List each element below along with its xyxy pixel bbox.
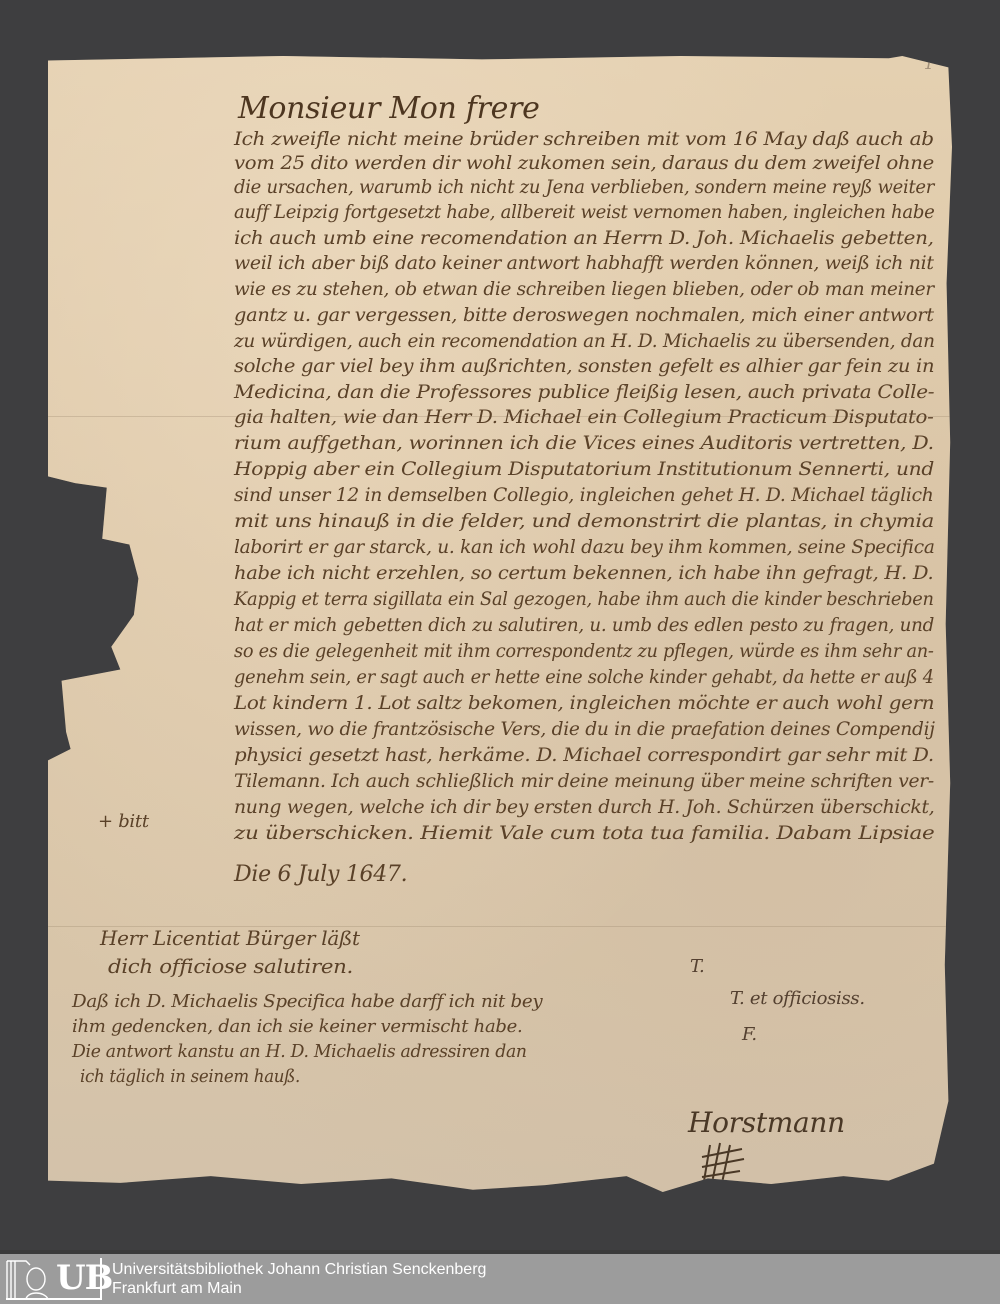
institution-line-1: Universitätsbibliothek Johann Christian …	[112, 1260, 486, 1279]
salutation: Monsieur Mon frere	[238, 91, 540, 126]
body-line: ich auch umb eine recomendation an Herrn…	[234, 227, 934, 249]
body-line: gia halten, wie dan Herr D. Michael ein …	[234, 406, 933, 428]
body-line: wissen, wo die frantzösische Vers, die d…	[234, 718, 935, 740]
body-line: gantz u. gar vergessen, bitte deroswegen…	[234, 304, 934, 326]
body-line: sind unser 12 in demselben Collegio, ing…	[234, 484, 934, 506]
body-line: genehm sein, er sagt auch er hette eine …	[234, 666, 934, 688]
body-line: zu würdigen, auch ein recomendation an H…	[234, 330, 935, 352]
margin-note: + bitt	[98, 811, 149, 832]
signature-flourish-icon	[700, 1141, 746, 1185]
scan-viewport: 1 Monsieur Mon frere Ich zweifle nicht m…	[0, 0, 1000, 1250]
body-line: so es die gelegenheit mit ihm correspond…	[234, 640, 934, 662]
logo-frame	[6, 1258, 102, 1300]
body-line: Tilemann. Ich auch schließlich mir deine…	[234, 770, 934, 792]
page-number: 1	[924, 54, 934, 73]
postscript-line: Daß ich D. Michaelis Specifica habe darf…	[72, 991, 542, 1012]
closing-line: T. et officiosiss.	[730, 988, 865, 1009]
postscript-line: ich täglich in seinem hauß.	[80, 1066, 300, 1087]
closing-line: F.	[742, 1024, 757, 1045]
ub-logo: UB	[4, 1256, 104, 1302]
body-line: mit uns hinauß in die felder, und demons…	[234, 510, 934, 532]
postscript-line: dich officiose salutiren.	[108, 954, 353, 978]
body-line: laborirt er gar starck, u. kan ich wohl …	[234, 536, 935, 558]
body-line: habe ich nicht erzehlen, so certum beken…	[234, 562, 933, 584]
postscript-line: ihm gedencken, dan ich sie keiner vermis…	[72, 1016, 522, 1037]
body-line: vom 25 dito werden dir wohl zukomen sein…	[234, 152, 934, 174]
body-line: Ich zweifle nicht meine brüder schreiben…	[234, 128, 934, 150]
closing-line: T.	[690, 956, 704, 977]
body-line: solche gar viel bey ihm außrichten, sons…	[234, 355, 934, 377]
signature: Horstmann	[688, 1106, 845, 1139]
postscript-line: Herr Licentiat Bürger läßt	[100, 926, 360, 950]
body-line: nung wegen, welche ich dir bey ersten du…	[234, 796, 934, 818]
body-line: weil ich aber biß dato keiner antwort ha…	[234, 252, 934, 274]
institution-line-2: Frankfurt am Main	[112, 1279, 486, 1298]
body-line: auff Leipzig fortgesetzt habe, allbereit…	[234, 201, 935, 223]
body-line: hat er mich gebetten dich zu salutiren, …	[234, 614, 934, 636]
body-line: Kappig et terra sigillata ein Sal gezoge…	[234, 588, 934, 610]
institution-footer: UB Universitätsbibliothek Johann Christi…	[0, 1254, 1000, 1304]
body-line: Lot kindern 1. Lot saltz bekomen, inglei…	[234, 692, 934, 714]
body-line: die ursachen, warumb ich nicht zu Jena v…	[234, 176, 934, 198]
body-line: zu überschicken. Hiemit Vale cum tota tu…	[234, 822, 934, 844]
body-line: rium auffgethan, worinnen ich die Vices …	[234, 432, 934, 454]
date-line: Die 6 July 1647.	[234, 862, 407, 887]
body-line: Medicina, dan die Professores publice fl…	[234, 381, 934, 403]
institution-name: Universitätsbibliothek Johann Christian …	[112, 1260, 486, 1298]
body-line: wie es zu stehen, ob etwan die schreiben…	[234, 278, 934, 300]
body-line: Hoppig aber ein Collegium Disputatorium …	[234, 458, 934, 480]
postscript-line: Die antwort kanstu an H. D. Michaelis ad…	[72, 1041, 527, 1062]
manuscript-page: 1 Monsieur Mon frere Ich zweifle nicht m…	[48, 56, 952, 1192]
body-line: physici gesetzt hast, herkäme. D. Michae…	[234, 744, 934, 766]
